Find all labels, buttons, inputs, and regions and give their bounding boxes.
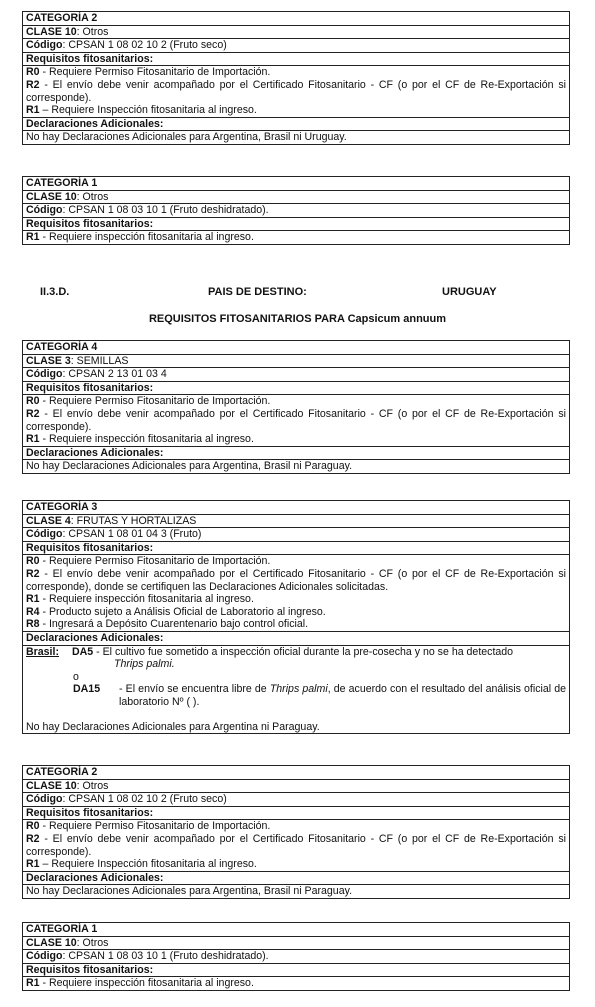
requirement-item: R8 - Ingresará a Depósito Cuarentenario …	[26, 618, 566, 631]
requirement-item: R2 - El envío debe venir acompañado por …	[26, 833, 566, 858]
requirement-item: R0 - Requiere Permiso Fitosanitario de I…	[26, 66, 566, 79]
additional-declarations-text: No hay Declaraciones Adicionales para Ar…	[23, 885, 569, 898]
section-number: II.3.D.	[40, 286, 69, 299]
category-box-cat2: CATEGORÍA 2 CLASE 10: Otros Código: CPSA…	[22, 765, 570, 899]
spacer	[26, 709, 566, 721]
additional-declarations-heading: Declaraciones Adicionales:	[23, 447, 569, 461]
requirements-heading: Requisitos fitosanitarios:	[23, 382, 569, 396]
category-title: CATEGORÍA 1	[23, 923, 569, 937]
requirement-item: R1 - Requiere inspección fitosanitaria a…	[26, 977, 566, 990]
destination-value: URUGUAY	[442, 286, 497, 299]
requirements-heading: Requisitos fitosanitarios:	[23, 218, 569, 232]
category-box-top-cat1: CATEGORÍA 1 CLASE 10: Otros Código: CPSA…	[22, 176, 570, 245]
additional-declarations-text: No hay Declaraciones Adicionales para Ar…	[23, 460, 569, 473]
additional-declarations-heading: Declaraciones Adicionales:	[23, 872, 569, 886]
requirement-item: R2 - El envío debe venir acompañado por …	[26, 79, 566, 104]
requirement-item: R0 - Requiere Permiso Fitosanitario de I…	[26, 555, 566, 568]
requirements-list: R0 - Requiere Permiso Fitosanitario de I…	[23, 555, 569, 632]
class-row: CLASE 10: Otros	[23, 937, 569, 951]
code-row: Código: CPSAN 1 08 01 04 3 (Fruto)	[23, 528, 569, 542]
requirements-heading: Requisitos fitosanitarios:	[23, 542, 569, 556]
da15-text: - El envío se encuentra libre de Thrips …	[119, 683, 566, 708]
category-title: CATEGORÍA 3	[23, 501, 569, 515]
country-brasil: Brasil:	[26, 646, 66, 659]
code-row: Código: CPSAN 1 08 02 10 2 (Fruto seco)	[23, 39, 569, 53]
requirements-list: R0 - Requiere Permiso Fitosanitario de I…	[23, 66, 569, 117]
category-title: CATEGORÍA 2	[23, 766, 569, 780]
class-row: CLASE 10: Otros	[23, 191, 569, 205]
class-row: CLASE 10: Otros	[23, 26, 569, 40]
requirement-item: R1 - Requiere inspección fitosanitaria a…	[26, 231, 566, 244]
requirement-item: R2 - El envío debe venir acompañado por …	[26, 568, 566, 593]
requirements-list: R1 - Requiere inspección fitosanitaria a…	[23, 231, 569, 244]
code-row: Código: CPSAN 1 08 03 10 1 (Fruto deshid…	[23, 204, 569, 218]
destination-label: PAIS DE DESTINO:	[208, 286, 307, 299]
category-title: CATEGORÍA 1	[23, 177, 569, 191]
additional-declarations-body: Brasil: DA5 - El cultivo fue sometido a …	[23, 646, 569, 734]
requirements-heading: Requisitos fitosanitarios:	[23, 53, 569, 67]
requirements-list: R0 - Requiere Permiso Fitosanitario de I…	[23, 395, 569, 446]
requirements-heading: Requisitos fitosanitarios:	[23, 964, 569, 978]
requirement-item: R1 – Requiere Inspección fitosanitaria a…	[26, 858, 566, 871]
category-box-top-cat2: CATEGORÍA 2 CLASE 10: Otros Código: CPSA…	[22, 11, 570, 145]
requirement-item: R2 - El envío debe venir acompañado por …	[26, 408, 566, 433]
category-title: CATEGORÍA 4	[23, 341, 569, 355]
class-row: CLASE 3: SEMILLAS	[23, 355, 569, 369]
category-box-cat1: CATEGORÍA 1 CLASE 10: Otros Código: CPSA…	[22, 922, 570, 991]
requirement-item: R0 - Requiere Permiso Fitosanitario de I…	[26, 820, 566, 833]
requirement-item: R0 - Requiere Permiso Fitosanitario de I…	[26, 395, 566, 408]
category-box-cat4: CATEGORÍA 4 CLASE 3: SEMILLAS Código: CP…	[22, 340, 570, 474]
requirements-heading: Requisitos fitosanitarios:	[23, 807, 569, 821]
or-separator: o	[26, 671, 566, 684]
da5-entry: Brasil: DA5 - El cultivo fue sometido a …	[26, 646, 566, 659]
section-subtitle: REQUISITOS FITOSANITARIOS PARA Capsicum …	[0, 313, 595, 326]
requirements-list: R1 - Requiere inspección fitosanitaria a…	[23, 977, 569, 990]
code-row: Código: CPSAN 1 08 02 10 2 (Fruto seco)	[23, 793, 569, 807]
da5-species: Thrips palmi.	[26, 658, 566, 671]
da5-text: DA5 - El cultivo fue sometido a inspecci…	[66, 646, 566, 659]
class-row: CLASE 4: FRUTAS Y HORTALIZAS	[23, 515, 569, 529]
requirement-item: R1 – Requiere Inspección fitosanitaria a…	[26, 104, 566, 117]
category-box-cat3: CATEGORÍA 3 CLASE 4: FRUTAS Y HORTALIZAS…	[22, 500, 570, 734]
additional-declarations-heading: Declaraciones Adicionales:	[23, 632, 569, 646]
requirement-item: R4 - Producto sujeto a Análisis Oficial …	[26, 606, 566, 619]
additional-declarations-text: No hay Declaraciones Adicionales para Ar…	[23, 131, 569, 144]
requirement-item: R1 - Requiere inspección fitosanitaria a…	[26, 593, 566, 606]
class-row: CLASE 10: Otros	[23, 780, 569, 794]
category-title: CATEGORÍA 2	[23, 12, 569, 26]
additional-declarations-text: No hay Declaraciones Adicionales para Ar…	[26, 721, 566, 734]
code-row: Código: CPSAN 2 13 01 03 4	[23, 368, 569, 382]
additional-declarations-heading: Declaraciones Adicionales:	[23, 118, 569, 132]
requirement-item: R1 - Requiere inspección fitosanitaria a…	[26, 433, 566, 446]
da15-entry: DA15 - El envío se encuentra libre de Th…	[26, 683, 566, 708]
requirements-list: R0 - Requiere Permiso Fitosanitario de I…	[23, 820, 569, 871]
code-row: Código: CPSAN 1 08 03 10 1 (Fruto deshid…	[23, 950, 569, 964]
